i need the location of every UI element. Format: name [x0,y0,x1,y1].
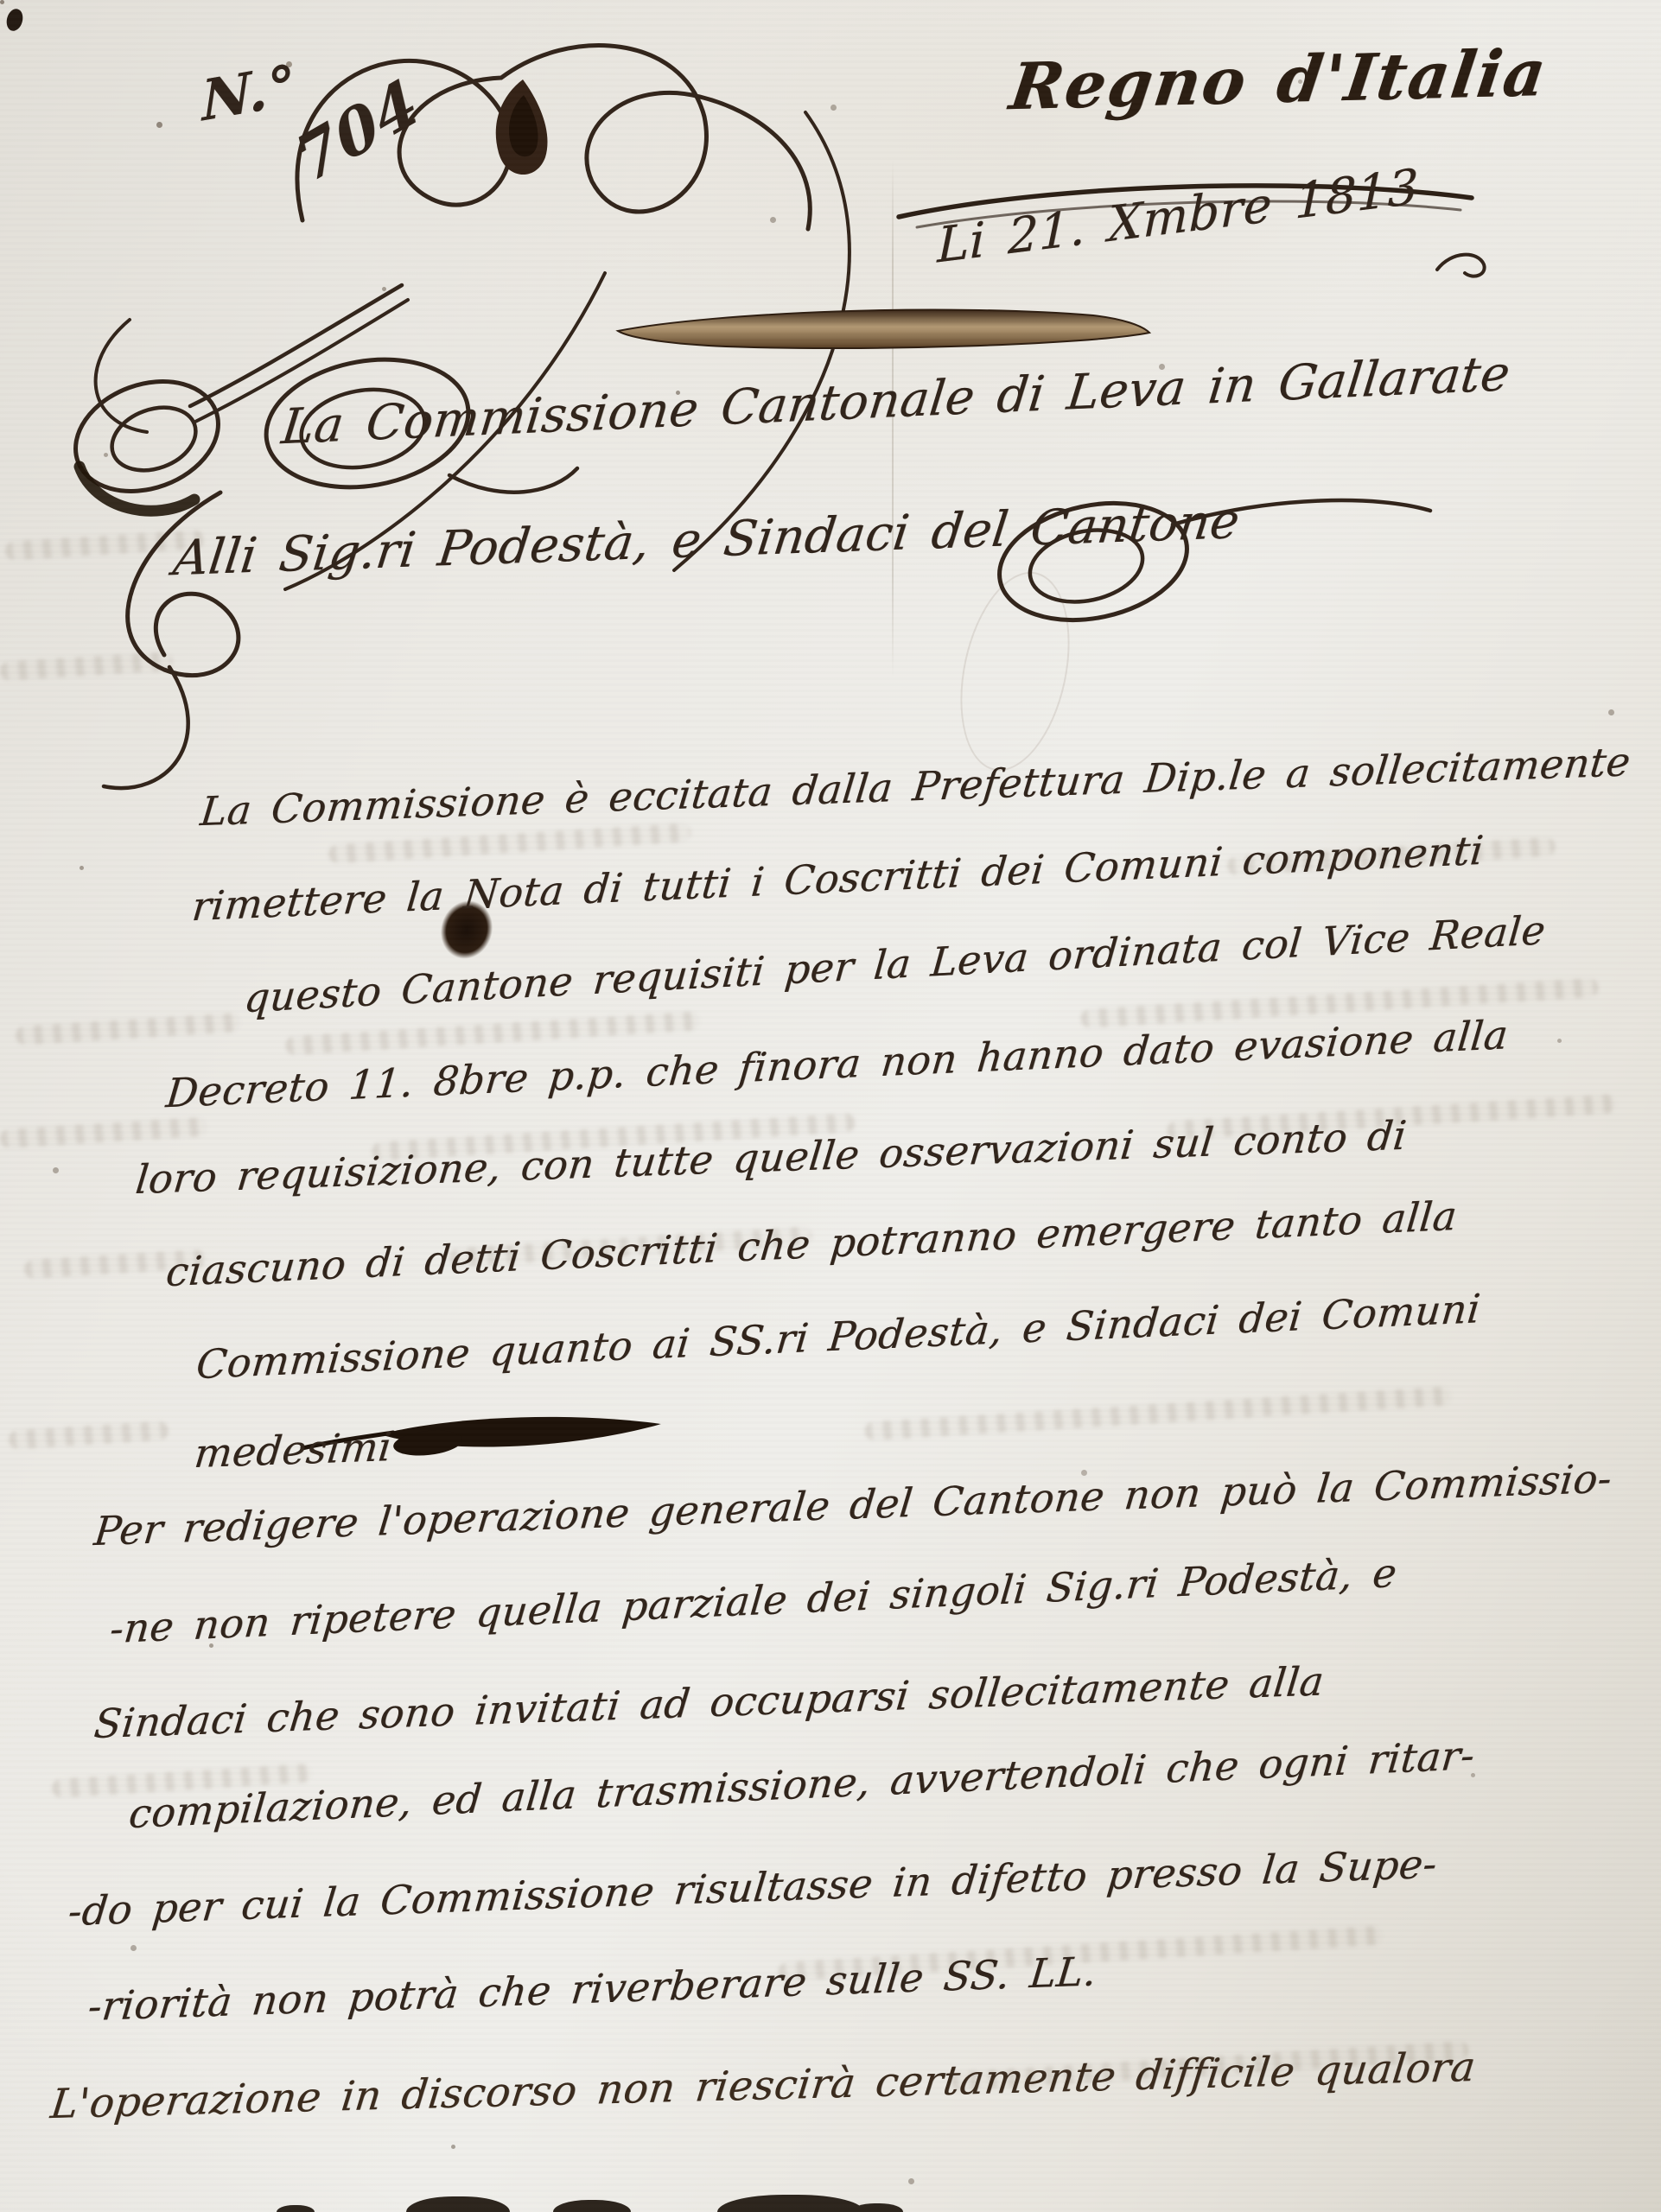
body-line: questo Cantone requisiti per la Leva ord… [242,906,1547,1021]
bottom-edge-mark [406,2196,510,2212]
body-line: medesimi [192,1423,394,1477]
bleedthrough-smudge [9,1421,169,1449]
body-line: -ne non ripetere quella parziale dei sin… [108,1549,1399,1652]
body-line: -riorità non potrà che riverberare sulle… [86,1948,1098,2030]
body-line: Sindaci che sono invitati ad occuparsi s… [92,1657,1326,1747]
body-line: ciascuno di detti Coscritti che potranno… [164,1192,1460,1295]
bottom-edge-mark [277,2205,315,2212]
date-paraph-flourish [1430,235,1491,287]
closing-line: L'operazione in discorso non riescirà ce… [48,2044,1479,2128]
bleedthrough-smudge [864,1386,1452,1440]
bottom-edge-mark [851,2203,903,2212]
bottom-edge-mark [553,2200,631,2212]
header-title: Regno d'Italia [1006,36,1552,125]
bleedthrough-smudge [0,1117,207,1149]
manuscript-page: N.° 704 Regno d'Italia Li 21. Xmbre 1813… [0,0,1661,2212]
body-line: Commissione quanto ai SS.ri Podestà, e S… [194,1285,1483,1388]
bottom-edge-mark [717,2195,864,2212]
body-line: compilazione, ed alla trasmissione, avve… [127,1732,1477,1837]
bleedthrough-smudge [16,1013,241,1046]
body-line: loro requisizione, con tutte quelle osse… [133,1112,1409,1204]
body-line: Decreto 11. 8bre p.p. che finora non han… [164,1011,1511,1116]
body-line: -do per cui la Commissione risultasse in… [66,1840,1439,1935]
header-quill-swash [605,298,1158,359]
foxing-specks [0,0,4,4]
body-line: rimettere la Nota di tutti i Coscritti d… [190,827,1486,931]
